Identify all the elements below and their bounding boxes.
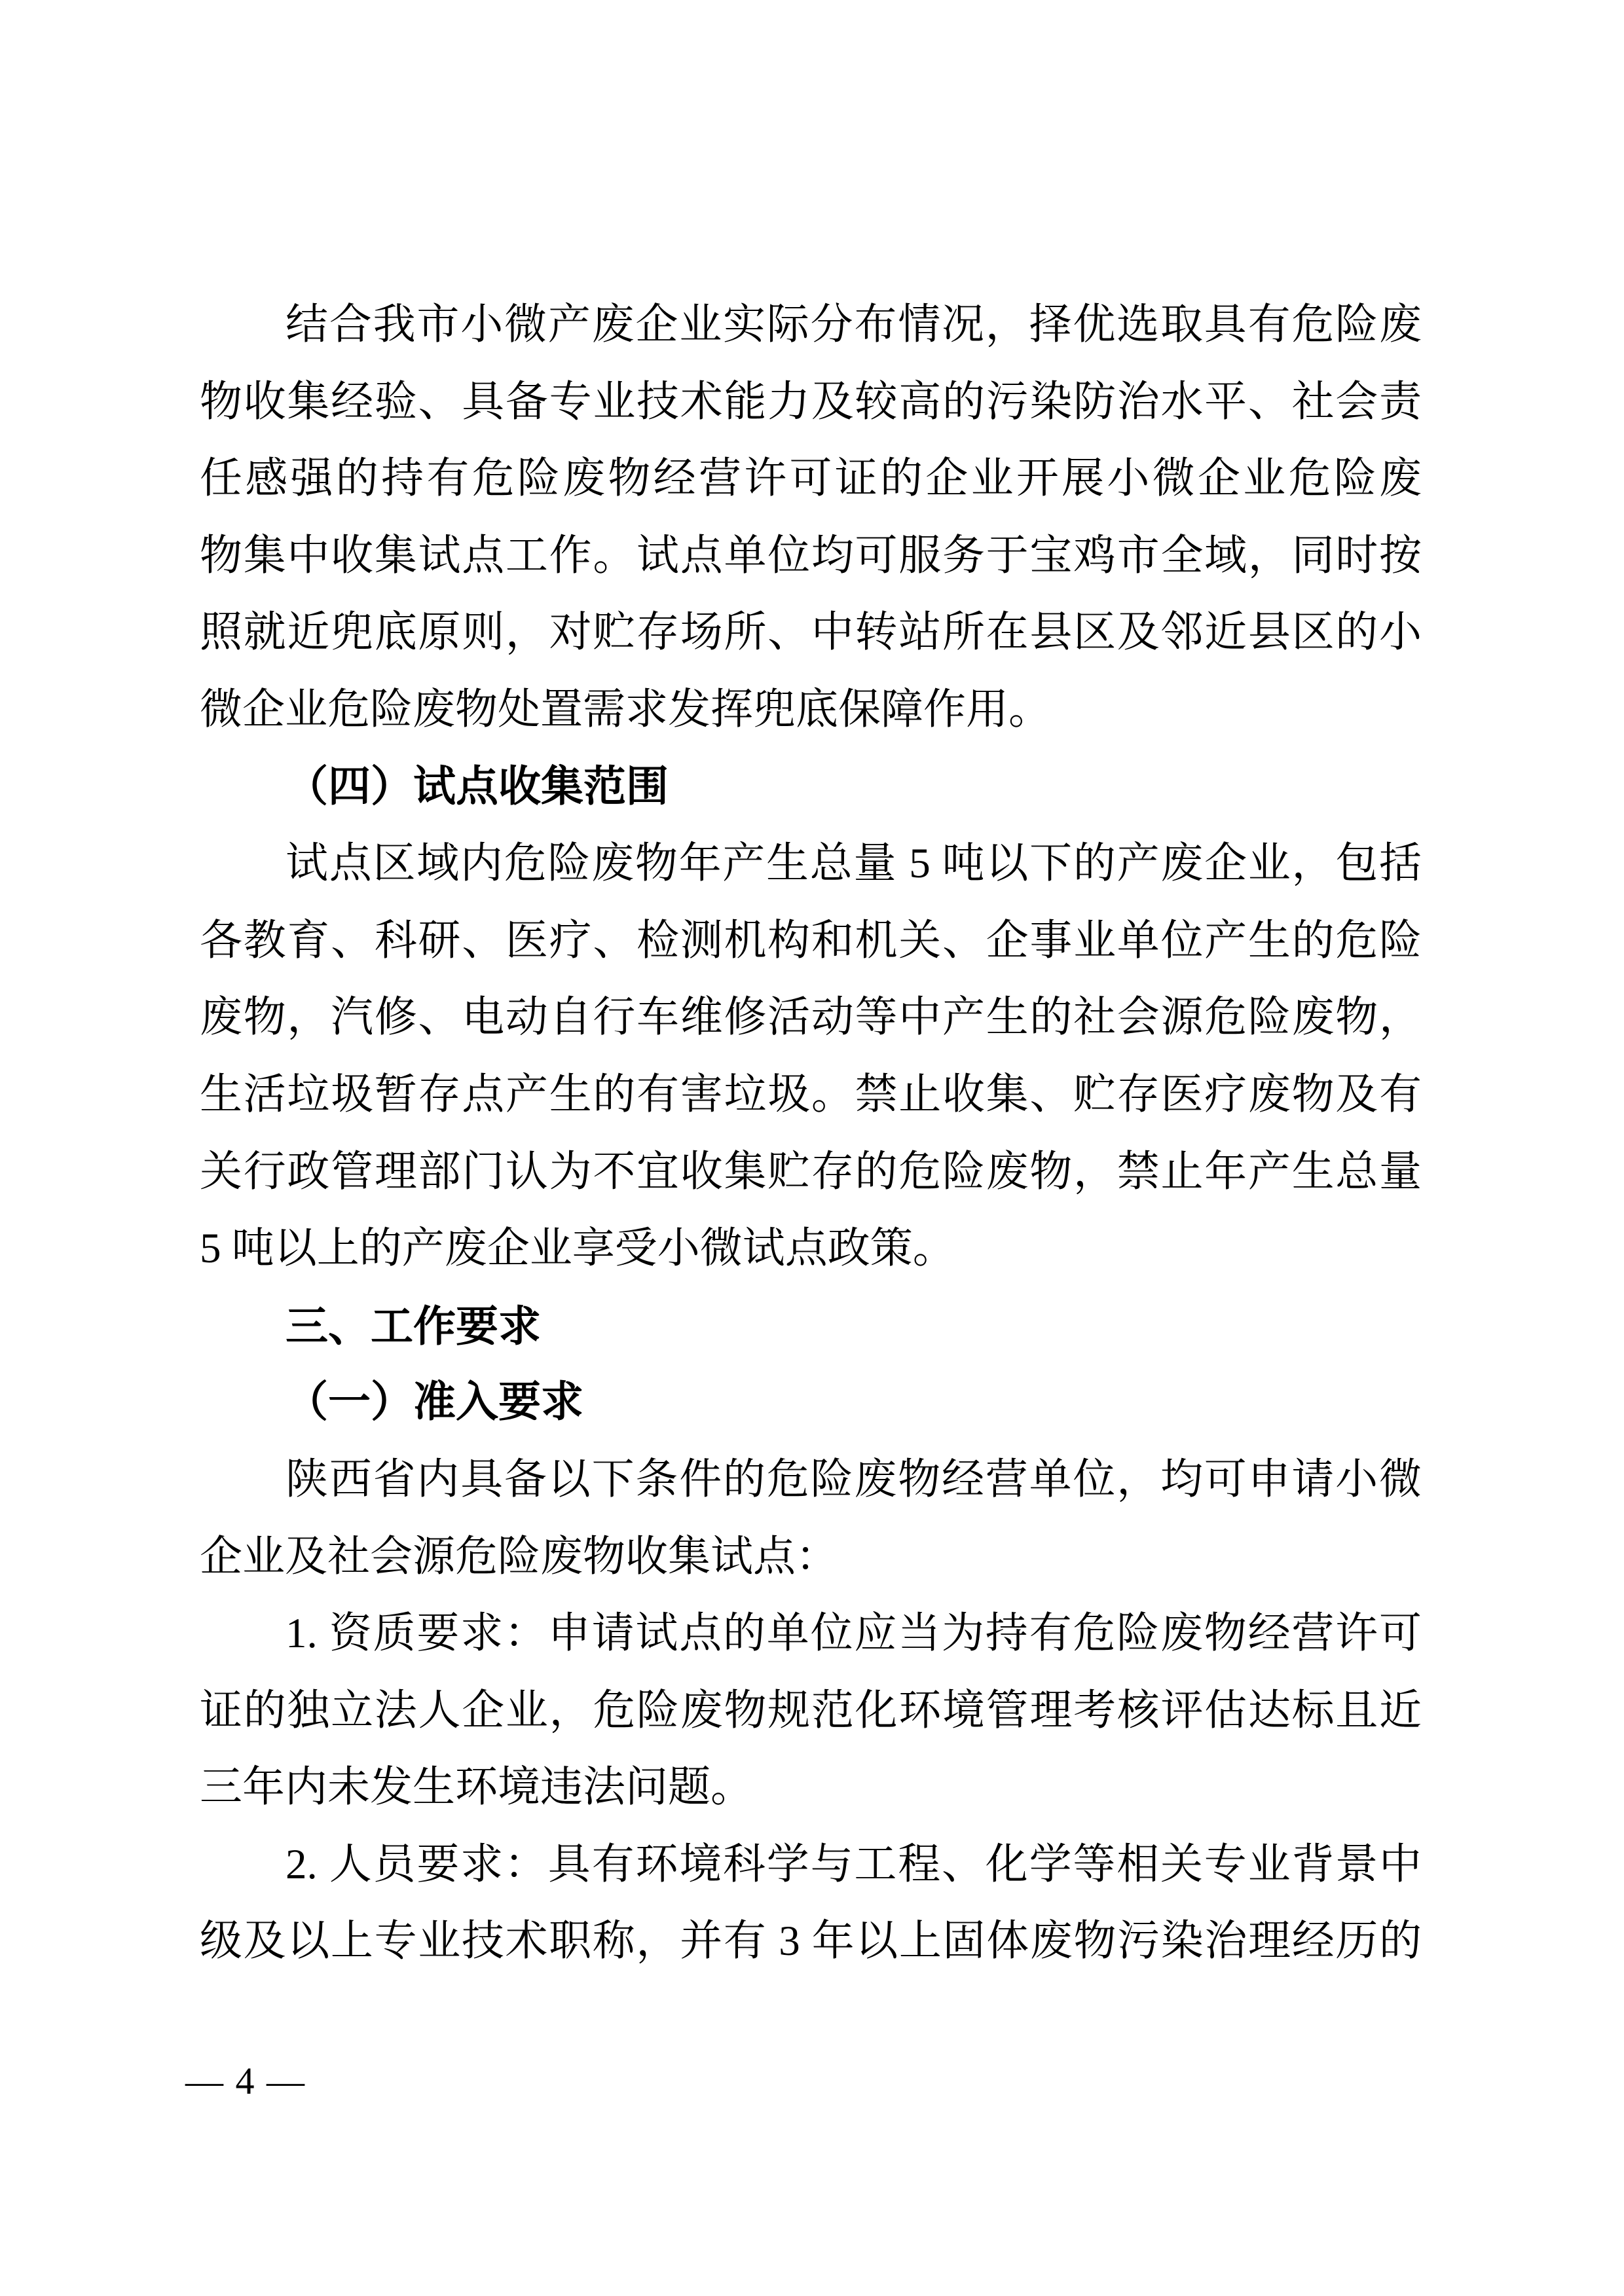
page-number: — 4 — (185, 2045, 306, 2117)
section-heading-line: 三、工作要求 (200, 1288, 1422, 1365)
text-line: 物收集经验、具备专业技术能力及较高的污染防治水平、社会责 (200, 364, 1422, 441)
sub-heading-line: （四）试点收集范围 (200, 749, 1422, 826)
text-line: 照就近兜底原则，对贮存场所、中转站所在县区及邻近县区的小 (200, 594, 1422, 672)
text-line: 各教育、科研、医疗、检测机构和机关、企事业单位产生的危险 (200, 903, 1422, 980)
text-line: 关行政管理部门认为不宜收集贮存的危险废物，禁止年产生总量 (200, 1134, 1422, 1211)
text-line: 试点区域内危险废物年产生总量 5 吨以下的产废企业，包括 (200, 826, 1422, 903)
document-page: 结合我市小微产废企业实际分布情况，择优选取具有危险废物收集经验、具备专业技术能力… (0, 0, 1624, 2296)
text-line: 微企业危险废物处置需求发挥兜底保障作用。 (200, 672, 1422, 749)
text-line: 企业及社会源危险废物收集试点： (200, 1519, 1422, 1596)
text-line: 结合我市小微产废企业实际分布情况，择优选取具有危险废 (200, 287, 1422, 364)
text-line: 生活垃圾暂存点产生的有害垃圾。禁止收集、贮存医疗废物及有 (200, 1057, 1422, 1134)
body-text: 结合我市小微产废企业实际分布情况，择优选取具有危险废物收集经验、具备专业技术能力… (200, 287, 1422, 1980)
text-line: 任感强的持有危险废物经营许可证的企业开展小微企业危险废 (200, 441, 1422, 518)
text-line: 陕西省内具备以下条件的危险废物经营单位，均可申请小微 (200, 1442, 1422, 1519)
text-line: 三年内未发生环境违法问题。 (200, 1749, 1422, 1827)
text-line: 1. 资质要求：申请试点的单位应当为持有危险废物经营许可 (200, 1595, 1422, 1673)
text-line: 2. 人员要求：具有环境科学与工程、化学等相关专业背景中 (200, 1827, 1422, 1904)
sub-heading-line: （一）准入要求 (200, 1364, 1422, 1442)
text-line: 物集中收集试点工作。试点单位均可服务于宝鸡市全域，同时按 (200, 518, 1422, 595)
text-line: 废物，汽修、电动自行车维修活动等中产生的社会源危险废物， (200, 979, 1422, 1057)
text-line: 级及以上专业技术职称，并有 3 年以上固体废物污染治理经历的 (200, 1903, 1422, 1980)
text-line: 证的独立法人企业，危险废物规范化环境管理考核评估达标且近 (200, 1673, 1422, 1750)
text-line: 5 吨以上的产废企业享受小微试点政策。 (200, 1211, 1422, 1288)
